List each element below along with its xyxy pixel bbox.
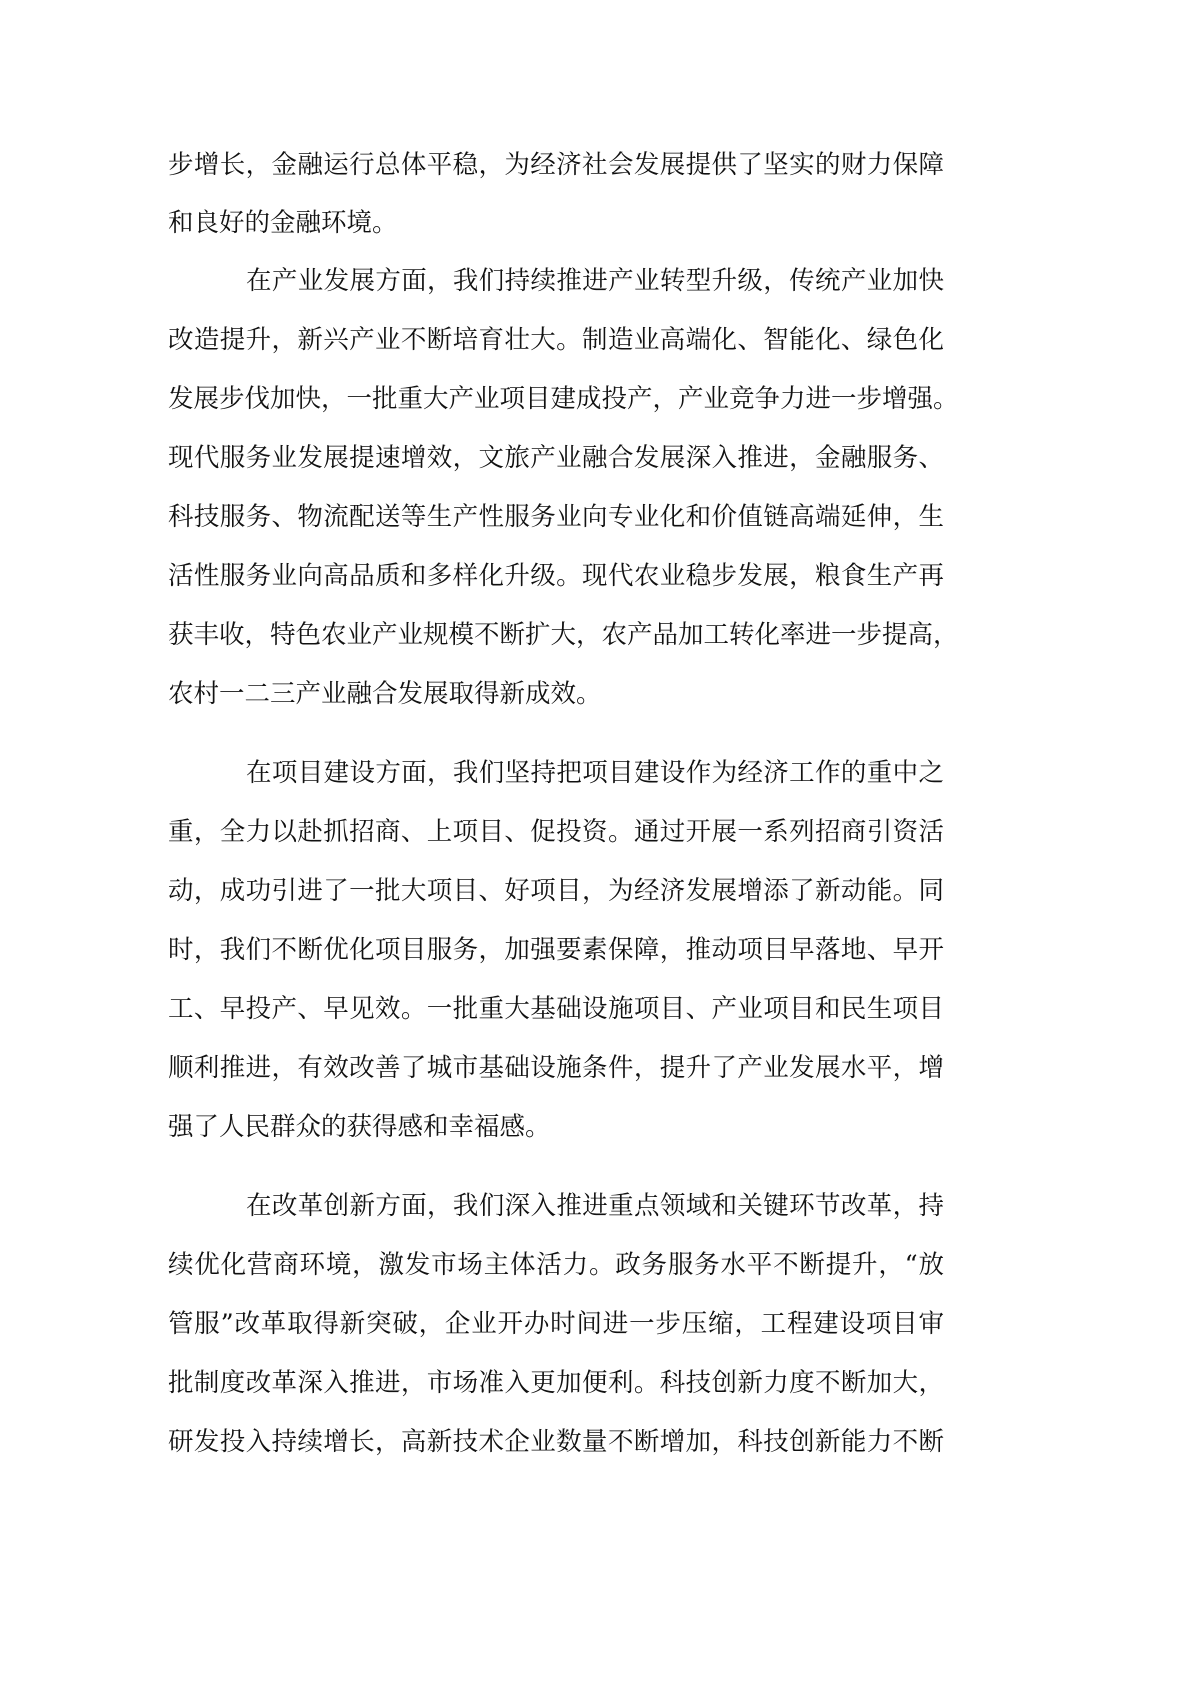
- text-line: 发展步伐加快，一批重大产业项目建成投产，产业竞争力进一步增强。: [168, 379, 944, 419]
- text-line: 续优化营商环境，激发市场主体活力。政务服务水平不断提升，“放: [168, 1245, 944, 1285]
- text-line: 工、早投产、早见效。一批重大基础设施项目、产业项目和民生项目: [168, 989, 944, 1029]
- text-line: 和良好的金融环境。: [168, 203, 944, 243]
- text-line: 科技服务、物流配送等生产性服务业向专业化和价值链高端延伸，生: [168, 497, 944, 537]
- text-line: 时，我们不断优化项目服务，加强要素保障，推动项目早落地、早开: [168, 930, 944, 970]
- paragraph-first-line: 在产业发展方面，我们持续推进产业转型升级，传统产业加快: [246, 261, 944, 301]
- document-page: 步增长，金融运行总体平稳，为经济社会发展提供了坚实的财力保障 和良好的金融环境。…: [0, 0, 1190, 1683]
- text-line: 研发投入持续增长，高新技术企业数量不断增加，科技创新能力不断: [168, 1422, 944, 1462]
- text-line: 重，全力以赴抓招商、上项目、促投资。通过开展一系列招商引资活: [168, 812, 944, 852]
- text-line: 改造提升，新兴产业不断培育壮大。制造业高端化、智能化、绿色化: [168, 320, 944, 360]
- text-line: 强了人民群众的获得感和幸福感。: [168, 1107, 944, 1147]
- paragraph-first-line: 在项目建设方面，我们坚持把项目建设作为经济工作的重中之: [246, 753, 944, 793]
- text-line: 批制度改革深入推进，市场准入更加便利。科技创新力度不断加大，: [168, 1363, 944, 1403]
- text-line: 管服”改革取得新突破，企业开办时间进一步压缩，工程建设项目审: [168, 1304, 944, 1344]
- text-line: 获丰收，特色农业产业规模不断扩大，农产品加工转化率进一步提高，: [168, 615, 944, 655]
- text-line: 现代服务业发展提速增效，文旅产业融合发展深入推进，金融服务、: [168, 438, 944, 478]
- text-line: 步增长，金融运行总体平稳，为经济社会发展提供了坚实的财力保障: [168, 145, 944, 185]
- text-line: 顺利推进，有效改善了城市基础设施条件，提升了产业发展水平，增: [168, 1048, 944, 1088]
- text-line: 活性服务业向高品质和多样化升级。现代农业稳步发展，粮食生产再: [168, 556, 944, 596]
- text-line: 农村一二三产业融合发展取得新成效。: [168, 674, 944, 714]
- text-line: 动，成功引进了一批大项目、好项目，为经济发展增添了新动能。同: [168, 871, 944, 911]
- paragraph-first-line: 在改革创新方面，我们深入推进重点领域和关键环节改革，持: [246, 1186, 944, 1226]
